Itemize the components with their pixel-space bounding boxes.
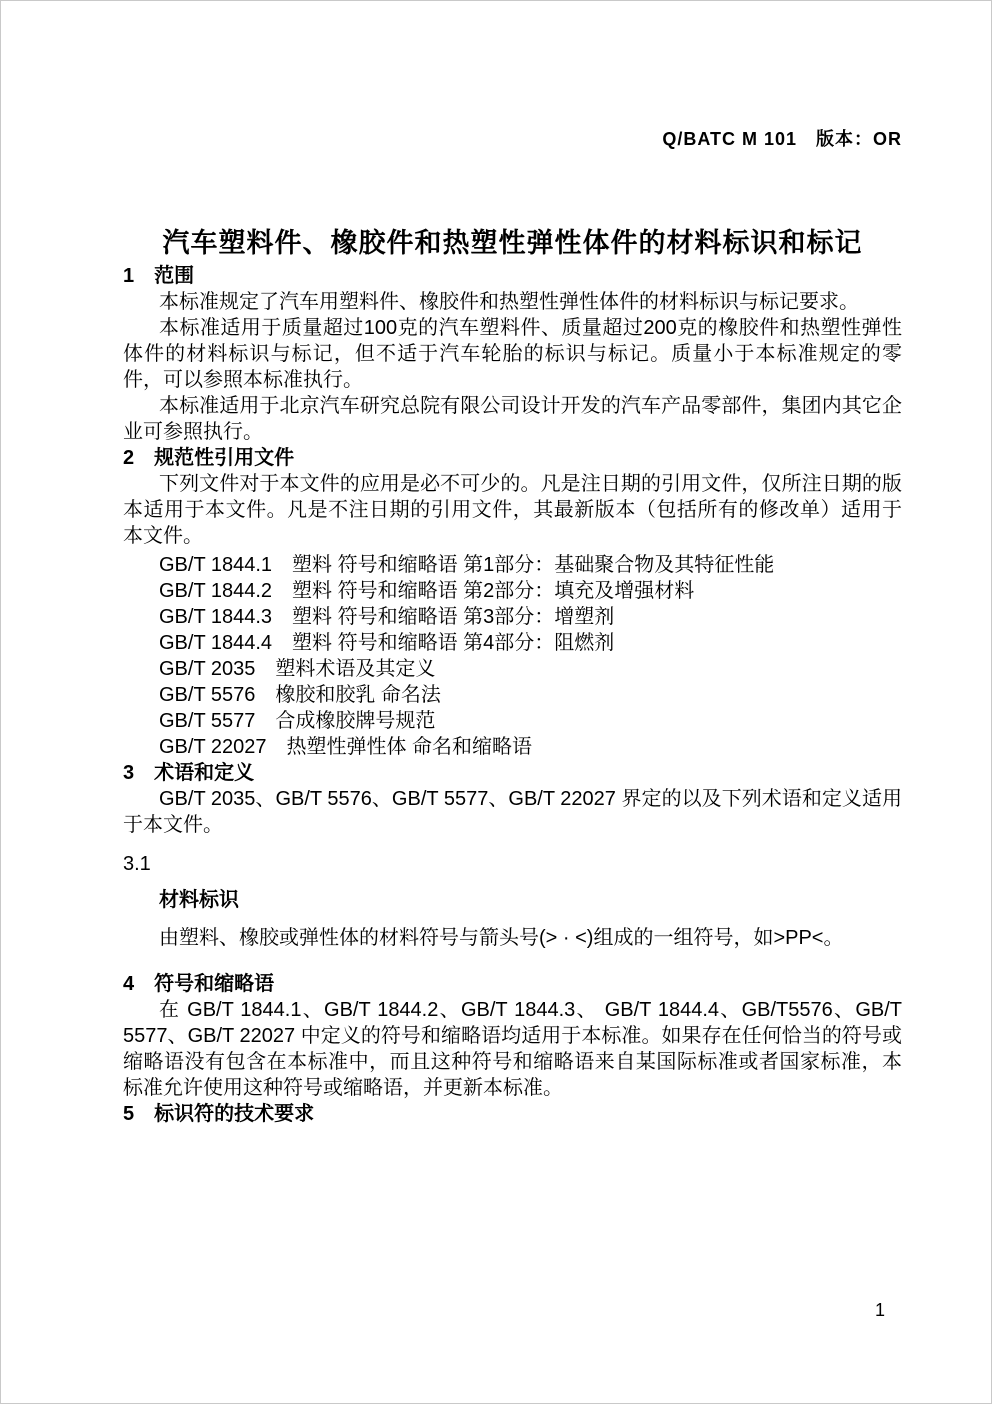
term-label: 材料标识 <box>159 887 902 913</box>
reference-item: GB/T 1844.4 塑料 符号和缩略语 第4部分：阻燃剂 <box>159 630 902 656</box>
section-1-paragraph-3: 本标准适用于北京汽车研究总院有限公司设计开发的汽车产品零部件，集团内其它企业可参… <box>123 393 902 445</box>
reference-item: GB/T 1844.3 塑料 符号和缩略语 第3部分：增塑剂 <box>159 604 902 630</box>
section-4-paragraph: 在 GB/T 1844.1、GB/T 1844.2、GB/T 1844.3、 G… <box>123 997 902 1101</box>
section-3-heading: 3 术语和定义 <box>123 760 902 786</box>
section-3-intro: GB/T 2035、GB/T 5576、GB/T 5577、GB/T 22027… <box>123 786 902 838</box>
term-definition: 由塑料、橡胶或弹性体的材料符号与箭头号(> · <)组成的一组符号，如>PP<。 <box>123 925 902 951</box>
reference-item: GB/T 22027 热塑性弹性体 命名和缩略语 <box>159 734 902 760</box>
reference-item: GB/T 1844.2 塑料 符号和缩略语 第2部分：填充及增强材料 <box>159 578 902 604</box>
section-1-paragraph-1: 本标准规定了汽车用塑料件、橡胶件和热塑性弹性体件的材料标识与标记要求。 <box>123 289 902 315</box>
section-2-heading: 2 规范性引用文件 <box>123 445 902 471</box>
section-1-heading: 1 范围 <box>123 263 902 289</box>
header-reference: Q/BATC M 101 版本：OR <box>123 126 902 152</box>
reference-item: GB/T 2035 塑料术语及其定义 <box>159 656 902 682</box>
reference-item: GB/T 5576 橡胶和胶乳 命名法 <box>159 682 902 708</box>
section-2-intro: 下列文件对于本文件的应用是必不可少的。凡是注日期的引用文件，仅所注日期的版本适用… <box>123 471 902 549</box>
page-number: 1 <box>875 1297 885 1323</box>
clause-3-1-number: 3.1 <box>123 851 902 877</box>
normative-reference-list: GB/T 1844.1 塑料 符号和缩略语 第1部分：基础聚合物及其特征性能 G… <box>123 552 902 760</box>
reference-item: GB/T 5577 合成橡胶牌号规范 <box>159 708 902 734</box>
section-4-heading: 4 符号和缩略语 <box>123 971 902 997</box>
section-5-heading: 5 标识符的技术要求 <box>123 1101 902 1127</box>
document-page: Q/BATC M 101 版本：OR 汽车塑料件、橡胶件和热塑性弹性体件的材料标… <box>0 0 992 1404</box>
reference-item: GB/T 1844.1 塑料 符号和缩略语 第1部分：基础聚合物及其特征性能 <box>159 552 902 578</box>
document-title: 汽车塑料件、橡胶件和热塑性弹性体件的材料标识和标记 <box>123 223 902 263</box>
section-1-paragraph-2: 本标准适用于质量超过100克的汽车塑料件、质量超过200克的橡胶件和热塑性弹性体… <box>123 315 902 393</box>
